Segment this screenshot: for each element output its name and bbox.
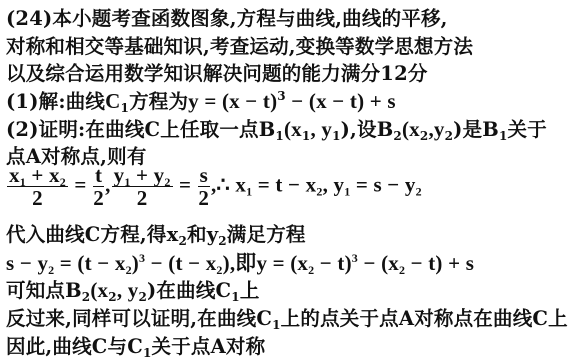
- equation: y = (x − t): [188, 89, 277, 113]
- math: = (t − x: [54, 251, 125, 275]
- comma: ,: [105, 172, 110, 196]
- text: ),设B: [341, 118, 394, 141]
- math: − (x: [358, 251, 399, 275]
- part1-mid: 方程为: [129, 90, 188, 113]
- math: y: [114, 163, 125, 187]
- subscript: 1: [231, 290, 240, 304]
- converse-line: 反过来,同样可以证明,在曲线C1上的点关于点A对称点在曲线C上: [6, 303, 568, 331]
- denominator: 2: [198, 187, 210, 209]
- part1-line: (1)解:曲线C1方程为y = (x − t)3 − (x − t) + s: [6, 86, 396, 114]
- denominator: 2: [93, 187, 104, 209]
- fraction-y: y1 + y22: [112, 164, 173, 209]
- text: 反过来,同样可以证明,在曲线C: [6, 307, 272, 330]
- subscript: 2: [445, 129, 454, 143]
- fraction-s: s2: [198, 164, 210, 209]
- intro-line-1: (24)本小题考查函数图象,方程与曲线,曲线的平移,: [6, 3, 448, 31]
- math: , y: [310, 117, 332, 141]
- known-line: 可知点B2(x2, y2)在曲线C1上: [6, 275, 260, 303]
- text: 上: [240, 279, 260, 302]
- subscript: 2: [218, 234, 227, 248]
- text: 关于点A对称: [152, 335, 266, 358]
- math: (x: [284, 117, 302, 141]
- math: (x: [402, 117, 420, 141]
- math: s − y: [6, 251, 48, 275]
- text: )是B: [453, 118, 499, 141]
- exponent: 3: [277, 89, 286, 103]
- math: , y: [323, 172, 345, 196]
- math: = t − x: [252, 172, 316, 196]
- subscript: 2: [393, 129, 402, 143]
- subscript: 1: [143, 346, 152, 360]
- equals: =: [69, 172, 92, 196]
- text: )在曲线C: [147, 279, 231, 302]
- numerator: t: [93, 164, 104, 187]
- curve-symbol: C: [105, 89, 120, 113]
- intro-line-2: 对称和相交等基础知识,考查运动,变换等数学思想方法: [6, 31, 473, 59]
- subscript: 2: [178, 234, 187, 248]
- math: ,∴ x: [211, 172, 246, 196]
- fraction-line: x1 + x22 = t2,y1 + y22 = s2,∴ x1 = t − x…: [6, 164, 422, 209]
- text: 上的点关于点A对称点在曲线C上: [281, 307, 568, 330]
- math: − t): [314, 251, 351, 275]
- subscript: 2: [416, 184, 422, 198]
- text: 满足方程: [227, 223, 306, 246]
- substitute-line: 代入曲线C方程,得x2和y2满足方程: [6, 219, 306, 247]
- text: 和y: [187, 223, 218, 246]
- math: ): [132, 251, 139, 275]
- numerator: s: [198, 164, 210, 187]
- text: 可知点B: [6, 279, 82, 302]
- subscript: 1: [332, 129, 341, 143]
- text: 关于: [508, 118, 547, 141]
- subscript: 2: [60, 175, 66, 189]
- math: + x: [26, 163, 60, 187]
- subscript: 2: [138, 290, 147, 304]
- subscript: 1: [272, 318, 281, 332]
- math: , y: [117, 278, 139, 302]
- text: 代入曲线C方程,得x: [6, 223, 178, 246]
- intro-line-3: 以及综合运用数学知识解决问题的能力满分12分: [6, 58, 428, 86]
- subscript: 1: [499, 129, 508, 143]
- math: x: [9, 163, 20, 187]
- math: = s − y: [350, 172, 415, 196]
- math: − t) + s: [405, 251, 474, 275]
- part1-prefix: (1)解:曲线: [6, 90, 105, 113]
- equation-line: s − y2 = (t − x2)3 − (t − x2),即y = (x2 −…: [6, 247, 474, 277]
- fraction-x: x1 + x22: [7, 164, 68, 209]
- denominator: 2: [112, 187, 173, 209]
- fraction-t: t2: [93, 164, 104, 209]
- math: − (t − x: [145, 251, 216, 275]
- denominator: 2: [7, 187, 68, 209]
- math: + y: [131, 163, 165, 187]
- math: ,y: [428, 117, 444, 141]
- subscript: 1: [275, 129, 284, 143]
- subscript: 2: [108, 290, 117, 304]
- subscript: 2: [164, 175, 170, 189]
- equation: − (x − t) + s: [286, 89, 396, 113]
- text: (2)证明:在曲线C上任取一点B: [6, 118, 275, 141]
- conclusion-line: 因此,曲线C与C1关于点A对称: [6, 331, 265, 359]
- math: (x: [90, 278, 108, 302]
- math: ),即y = (x: [223, 251, 309, 275]
- text: 因此,曲线C与C: [6, 335, 143, 358]
- subscript: 1: [121, 101, 130, 115]
- equals: =: [174, 172, 197, 196]
- part2-line-1: (2)证明:在曲线C上任取一点B1(x1, y1),设B2(x2,y2)是B1关…: [6, 114, 547, 142]
